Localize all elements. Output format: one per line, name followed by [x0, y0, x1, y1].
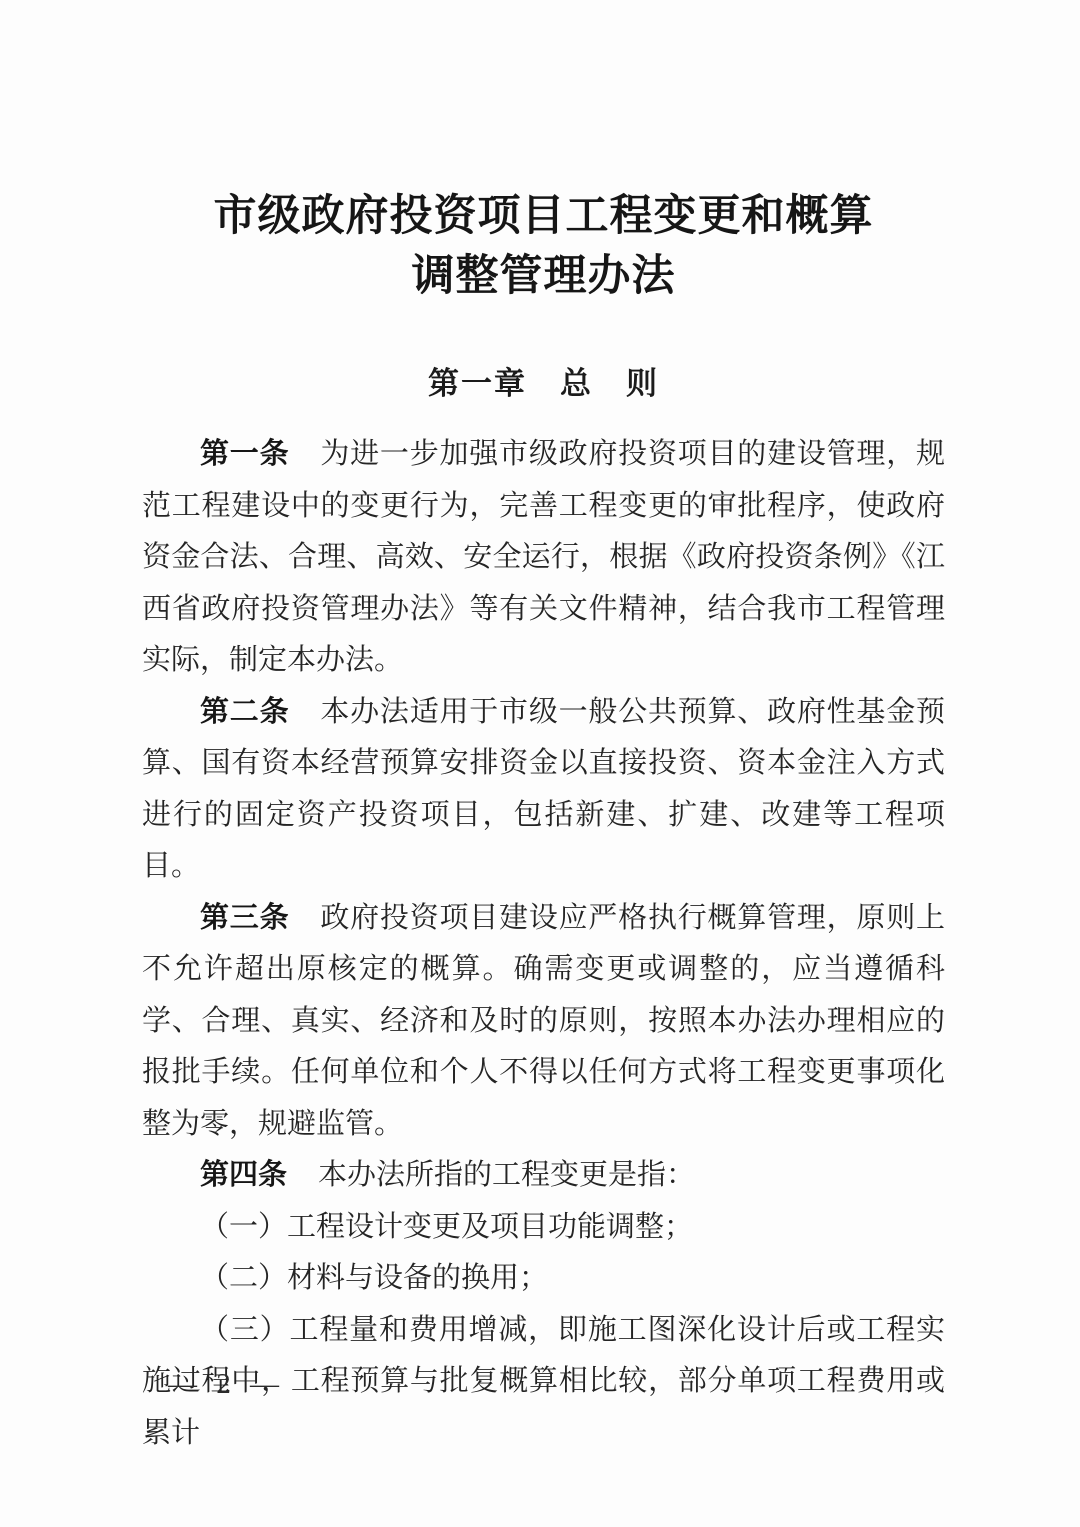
- article-1-text: 为进一步加强市级政府投资项目的建设管理，规范工程建设中的变更行为，完善工程变更的…: [142, 438, 945, 676]
- article-1-number: 第一条: [200, 438, 289, 470]
- document-title-line-2: 调整管理办法: [142, 246, 945, 306]
- paragraph-article-4: 第四条本办法所指的工程变更是指：: [142, 1150, 945, 1202]
- list-item-2: （二）材料与设备的换用；: [142, 1253, 945, 1305]
- article-2-number: 第二条: [200, 696, 289, 728]
- article-3-number: 第三条: [200, 902, 289, 934]
- document-title: 市级政府投资项目工程变更和概算 调整管理办法: [142, 186, 945, 306]
- article-3-text: 政府投资项目建设应严格执行概算管理，原则上不允许超出原核定的概算。确需变更或调整…: [142, 902, 945, 1140]
- paragraph-article-1: 第一条为进一步加强市级政府投资项目的建设管理，规范工程建设中的变更行为，完善工程…: [142, 429, 945, 687]
- document-title-line-1: 市级政府投资项目工程变更和概算: [142, 186, 945, 246]
- list-item-1-text: （一）工程设计变更及项目功能调整；: [200, 1211, 693, 1243]
- article-4-number: 第四条: [200, 1159, 287, 1191]
- paragraph-article-2: 第二条本办法适用于市级一般公共预算、政府性基金预算、国有资本经营预算安排资金以直…: [142, 687, 945, 893]
- list-item-1: （一）工程设计变更及项目功能调整；: [142, 1202, 945, 1254]
- document-body: 第一条为进一步加强市级政府投资项目的建设管理，规范工程建设中的变更行为，完善工程…: [142, 429, 945, 1459]
- article-4-text: 本办法所指的工程变更是指：: [318, 1159, 695, 1191]
- paragraph-article-3: 第三条政府投资项目建设应严格执行概算管理，原则上不允许超出原核定的概算。确需变更…: [142, 893, 945, 1151]
- chapter-heading: 第一章 总 则: [142, 358, 945, 403]
- page-number: — 2 —: [168, 1368, 285, 1401]
- document-content: 市级政府投资项目工程变更和概算 调整管理办法 第一章 总 则 第一条为进一步加强…: [142, 186, 945, 1459]
- document-page: 市级政府投资项目工程变更和概算 调整管理办法 第一章 总 则 第一条为进一步加强…: [0, 0, 1080, 1527]
- list-item-2-text: （二）材料与设备的换用；: [200, 1262, 548, 1294]
